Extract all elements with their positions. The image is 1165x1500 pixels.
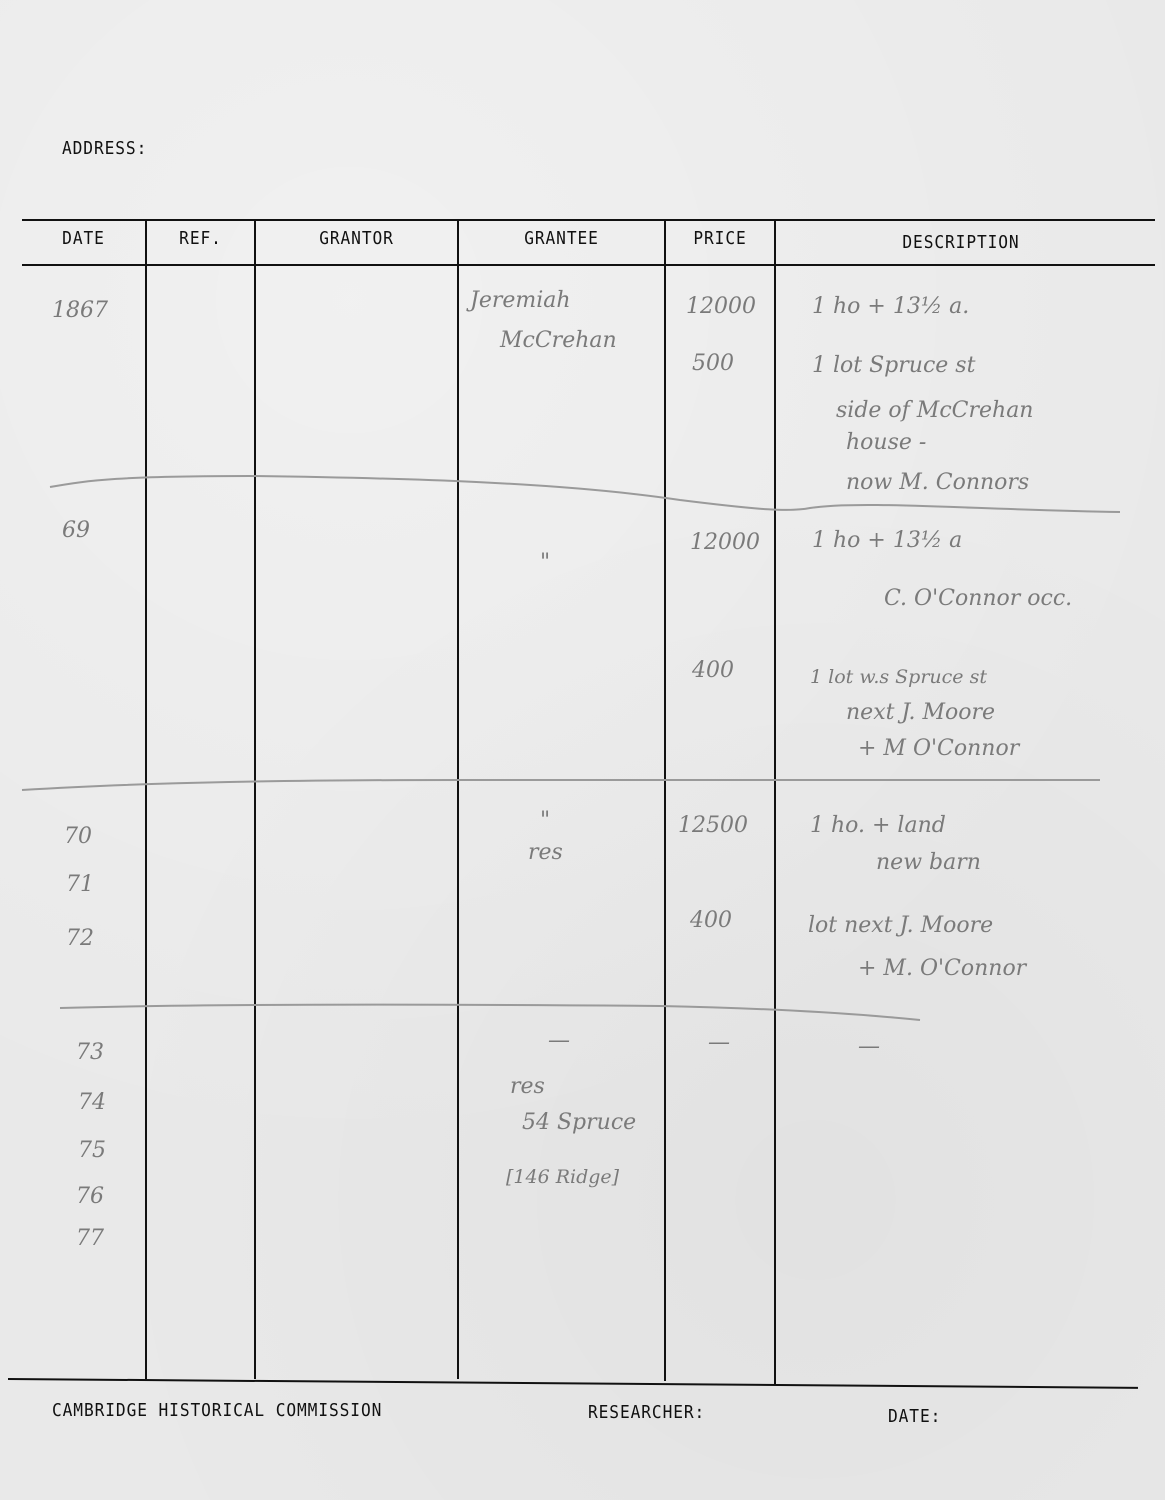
- footer-organization: CAMBRIDGE HISTORICAL COMMISSION: [52, 1400, 382, 1421]
- column-header-ref: REF.: [152, 228, 248, 249]
- entry-description: 1 lot Spruce st: [812, 355, 975, 377]
- entry-description: + M O'Connor: [858, 738, 1019, 760]
- entry-description: now M. Connors: [846, 472, 1029, 494]
- address-label: ADDRESS:: [62, 138, 147, 159]
- column-divider: [457, 219, 459, 1379]
- entry-description: next J. Moore: [846, 702, 995, 724]
- column-divider: [145, 219, 147, 1379]
- entry-description: house -: [846, 432, 926, 454]
- entry-date: 77: [76, 1228, 104, 1250]
- entry-date: 74: [78, 1092, 106, 1114]
- footer-date-label: DATE:: [888, 1406, 941, 1427]
- entry-date: 69: [62, 520, 90, 542]
- entry-description: side of McCrehan: [836, 400, 1033, 422]
- entry-grantee: 54 Spruce: [522, 1112, 636, 1134]
- entry-grantee: Jeremiah: [470, 290, 571, 312]
- entry-price: 12000: [686, 296, 756, 318]
- entry-description: 1 lot w.s Spruce st: [810, 668, 987, 687]
- entry-price: 500: [692, 353, 734, 375]
- entry-description: new barn: [876, 852, 981, 874]
- entry-description: 1 ho + 13½ a: [812, 530, 962, 552]
- entry-date: 1867: [52, 300, 108, 322]
- entry-grantee-ditto: ": [540, 552, 550, 574]
- entry-date: 70: [64, 826, 92, 848]
- column-header-date: DATE: [28, 228, 139, 249]
- entry-description: C. O'Connor occ.: [884, 588, 1072, 610]
- entry-price: 12500: [678, 815, 748, 837]
- entry-date: 72: [66, 928, 94, 950]
- entry-date: 75: [78, 1140, 106, 1162]
- entry-date: 71: [66, 874, 94, 896]
- column-header-description: DESCRIPTION: [795, 232, 1128, 253]
- entry-grantee: McCrehan: [500, 330, 617, 352]
- entry-description: —: [858, 1036, 880, 1058]
- entry-date: 76: [76, 1186, 104, 1208]
- entry-price: —: [708, 1032, 730, 1054]
- footer-researcher-label: RESEARCHER:: [588, 1402, 705, 1423]
- column-divider: [774, 219, 776, 1384]
- entry-grantee: res: [510, 1076, 545, 1098]
- entry-price: 12000: [690, 532, 760, 554]
- column-header-price: PRICE: [671, 228, 768, 249]
- entry-description: + M. O'Connor: [858, 958, 1026, 980]
- entry-grantee-ditto: ": [540, 810, 550, 832]
- table-top-rule: [22, 219, 1155, 221]
- entry-description: 1 ho. + land: [810, 815, 946, 837]
- column-divider: [254, 219, 256, 1379]
- entry-grantee: [146 Ridge]: [506, 1168, 619, 1187]
- entry-price: 400: [690, 910, 732, 932]
- header-bottom-rule: [22, 264, 1155, 266]
- entry-description: 1 ho + 13½ a.: [812, 296, 969, 318]
- column-header-grantee: GRANTEE: [469, 228, 654, 249]
- entry-price: 400: [692, 660, 734, 682]
- entry-description: lot next J. Moore: [808, 915, 993, 937]
- entry-grantee: res: [528, 842, 563, 864]
- column-header-grantor: GRANTOR: [266, 228, 447, 249]
- entry-date: 73: [76, 1042, 104, 1064]
- entry-grantee: —: [548, 1030, 570, 1052]
- column-divider: [664, 219, 666, 1381]
